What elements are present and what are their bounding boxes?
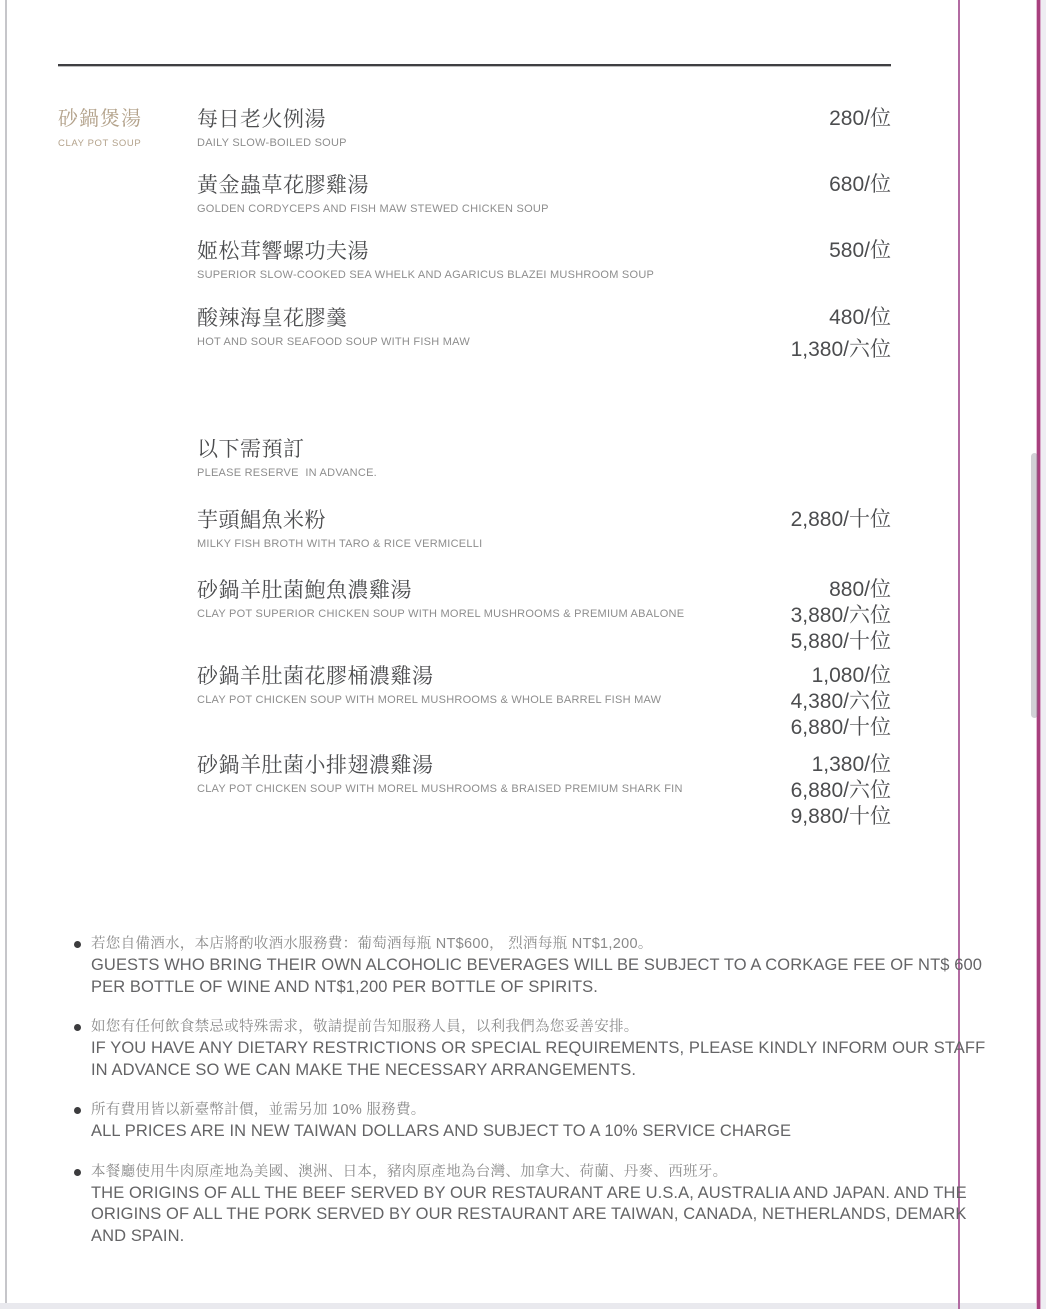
item-name-zh: 每日老火例湯 (197, 106, 891, 133)
price-line: 2,880/十位 (791, 507, 891, 533)
note-text: 所有費用皆以新臺幣計價，並需另加 10% 服務費。 ALL PRICES ARE… (91, 1099, 791, 1143)
price-line: 4,380/六位 (791, 689, 891, 715)
bullet-icon (74, 941, 81, 948)
menu-frame-line-inner (958, 0, 960, 1309)
note-en-line: IF YOU HAVE ANY DIETARY RESTRICTIONS OR … (91, 1038, 985, 1060)
note-en-line: ALL PRICES ARE IN NEW TAIWAN DOLLARS AND… (91, 1121, 791, 1143)
note-corkage: 若您自備酒水，本店將酌收酒水服務費：葡萄酒每瓶 NT$600， 烈酒每瓶 NT$… (74, 933, 874, 998)
page-left-border (5, 0, 7, 1303)
note-meat-origin: 本餐廳使用牛肉原產地為美國、澳洲、日本，豬肉原產地為台灣、加拿大、荷蘭、丹麥、西… (74, 1161, 874, 1248)
item-prices: 1,080/位 4,380/六位 6,880/十位 (791, 663, 891, 741)
item-desc-en: CLAY POT CHICKEN SOUP WITH MOREL MUSHROO… (197, 782, 891, 796)
reserve-note-en: PLEASE RESERVE IN ADVANCE. (197, 466, 891, 480)
price-line: 680/位 (829, 172, 891, 198)
price-line: 3,880/六位 (791, 603, 891, 629)
page-right-gutter (1041, 0, 1046, 1309)
item-name-zh: 酸辣海皇花膠羹 (197, 305, 891, 332)
page-bottom-edge (0, 1303, 1046, 1309)
note-en-line: PER BOTTLE OF WINE AND NT$1,200 PER BOTT… (91, 977, 982, 999)
item-name-zh: 姬松茸響螺功夫湯 (197, 238, 891, 265)
item-name-zh: 黃金蟲草花膠雞湯 (197, 172, 891, 199)
bullet-icon (74, 1107, 81, 1114)
item-desc-en: SUPERIOR SLOW-COOKED SEA WHELK AND AGARI… (197, 268, 891, 282)
note-zh: 所有費用皆以新臺幣計價，並需另加 10% 服務費。 (91, 1099, 791, 1121)
price-line: 6,880/六位 (791, 778, 891, 804)
note-en-line: ORIGINS OF ALL THE PORK SERVED BY OUR RE… (91, 1204, 967, 1226)
price-line: 480/位 (791, 305, 891, 331)
scrollbar-thumb[interactable] (1031, 453, 1038, 718)
bullet-icon (74, 1169, 81, 1176)
menu-item: 砂鍋羊肚菌小排翅濃雞湯 CLAY POT CHICKEN SOUP WITH M… (197, 752, 891, 796)
item-name-zh: 砂鍋羊肚菌小排翅濃雞湯 (197, 752, 891, 779)
item-prices: 2,880/十位 (791, 507, 891, 533)
price-line: 1,380/位 (791, 752, 891, 778)
price-line: 580/位 (829, 238, 891, 264)
price-line: 6,880/十位 (791, 715, 891, 741)
item-prices: 280/位 (829, 106, 891, 132)
section-title-en: CLAY POT SOUP (58, 138, 193, 150)
price-line: 280/位 (829, 106, 891, 132)
note-zh: 本餐廳使用牛肉原產地為美國、澳洲、日本，豬肉原產地為台灣、加拿大、荷蘭、丹麥、西… (91, 1161, 967, 1183)
note-zh: 若您自備酒水，本店將酌收酒水服務費：葡萄酒每瓶 NT$600， 烈酒每瓶 NT$… (91, 933, 982, 955)
note-text: 若您自備酒水，本店將酌收酒水服務費：葡萄酒每瓶 NT$600， 烈酒每瓶 NT$… (91, 933, 982, 998)
price-line: 5,880/十位 (791, 629, 891, 655)
price-line: 1,080/位 (791, 663, 891, 689)
section-title-zh: 砂鍋煲湯 (58, 106, 193, 132)
note-en-line: THE ORIGINS OF ALL THE BEEF SERVED BY OU… (91, 1183, 967, 1205)
note-text: 如您有任何飲食禁忌或特殊需求，敬請提前告知服務人員，以利我們為您妥善安排。 IF… (91, 1016, 985, 1081)
note-service-charge: 所有費用皆以新臺幣計價，並需另加 10% 服務費。 ALL PRICES ARE… (74, 1099, 874, 1143)
reserve-note-zh: 以下需預訂 (197, 436, 891, 463)
item-desc-en: CLAY POT SUPERIOR CHICKEN SOUP WITH MORE… (197, 607, 891, 621)
bullet-icon (74, 1024, 81, 1031)
item-name-zh: 砂鍋羊肚菌鮑魚濃雞湯 (197, 577, 891, 604)
item-prices: 580/位 (829, 238, 891, 264)
item-desc-en: MILKY FISH BROTH WITH TARO & RICE VERMIC… (197, 537, 891, 551)
reserve-note: 以下需預訂 PLEASE RESERVE IN ADVANCE. (197, 436, 891, 480)
menu-item: 芋頭鯧魚米粉 MILKY FISH BROTH WITH TARO & RICE… (197, 507, 891, 551)
item-prices: 680/位 (829, 172, 891, 198)
item-name-zh: 芋頭鯧魚米粉 (197, 507, 891, 534)
menu-item: 每日老火例湯 DAILY SLOW-BOILED SOUP 280/位 (197, 106, 891, 150)
top-divider-rule (58, 64, 891, 67)
item-desc-en: DAILY SLOW-BOILED SOUP (197, 136, 891, 150)
menu-item: 酸辣海皇花膠羹 HOT AND SOUR SEAFOOD SOUP WITH F… (197, 305, 891, 349)
item-prices: 480/位 1,380/六位 (791, 305, 891, 363)
item-prices: 880/位 3,880/六位 5,880/十位 (791, 577, 891, 655)
section-title: 砂鍋煲湯 CLAY POT SOUP (58, 106, 193, 150)
menu-document-page: 砂鍋煲湯 CLAY POT SOUP 每日老火例湯 DAILY SLOW-BOI… (0, 0, 1046, 1309)
item-desc-en: HOT AND SOUR SEAFOOD SOUP WITH FISH MAW (197, 335, 891, 349)
note-text: 本餐廳使用牛肉原產地為美國、澳洲、日本，豬肉原產地為台灣、加拿大、荷蘭、丹麥、西… (91, 1161, 967, 1248)
item-desc-en: CLAY POT CHICKEN SOUP WITH MOREL MUSHROO… (197, 693, 891, 707)
item-prices: 1,380/位 6,880/六位 9,880/十位 (791, 752, 891, 830)
item-name-zh: 砂鍋羊肚菌花膠桶濃雞湯 (197, 663, 891, 690)
item-desc-en: GOLDEN CORDYCEPS AND FISH MAW STEWED CHI… (197, 202, 891, 216)
menu-item: 黃金蟲草花膠雞湯 GOLDEN CORDYCEPS AND FISH MAW S… (197, 172, 891, 216)
price-line: 9,880/十位 (791, 804, 891, 830)
menu-item: 姬松茸響螺功夫湯 SUPERIOR SLOW-COOKED SEA WHELK … (197, 238, 891, 282)
note-en-line: GUESTS WHO BRING THEIR OWN ALCOHOLIC BEV… (91, 955, 982, 977)
price-line: 880/位 (791, 577, 891, 603)
note-dietary: 如您有任何飲食禁忌或特殊需求，敬請提前告知服務人員，以利我們為您妥善安排。 IF… (74, 1016, 874, 1081)
note-en-line: IN ADVANCE SO WE CAN MAKE THE NECESSARY … (91, 1060, 985, 1082)
menu-item: 砂鍋羊肚菌鮑魚濃雞湯 CLAY POT SUPERIOR CHICKEN SOU… (197, 577, 891, 621)
menu-item: 砂鍋羊肚菌花膠桶濃雞湯 CLAY POT CHICKEN SOUP WITH M… (197, 663, 891, 707)
price-line: 1,380/六位 (791, 337, 891, 363)
note-en-line: AND SPAIN. (91, 1226, 967, 1248)
note-zh: 如您有任何飲食禁忌或特殊需求，敬請提前告知服務人員，以利我們為您妥善安排。 (91, 1016, 985, 1038)
footer-notes: 若您自備酒水，本店將酌收酒水服務費：葡萄酒每瓶 NT$600， 烈酒每瓶 NT$… (74, 933, 874, 1265)
